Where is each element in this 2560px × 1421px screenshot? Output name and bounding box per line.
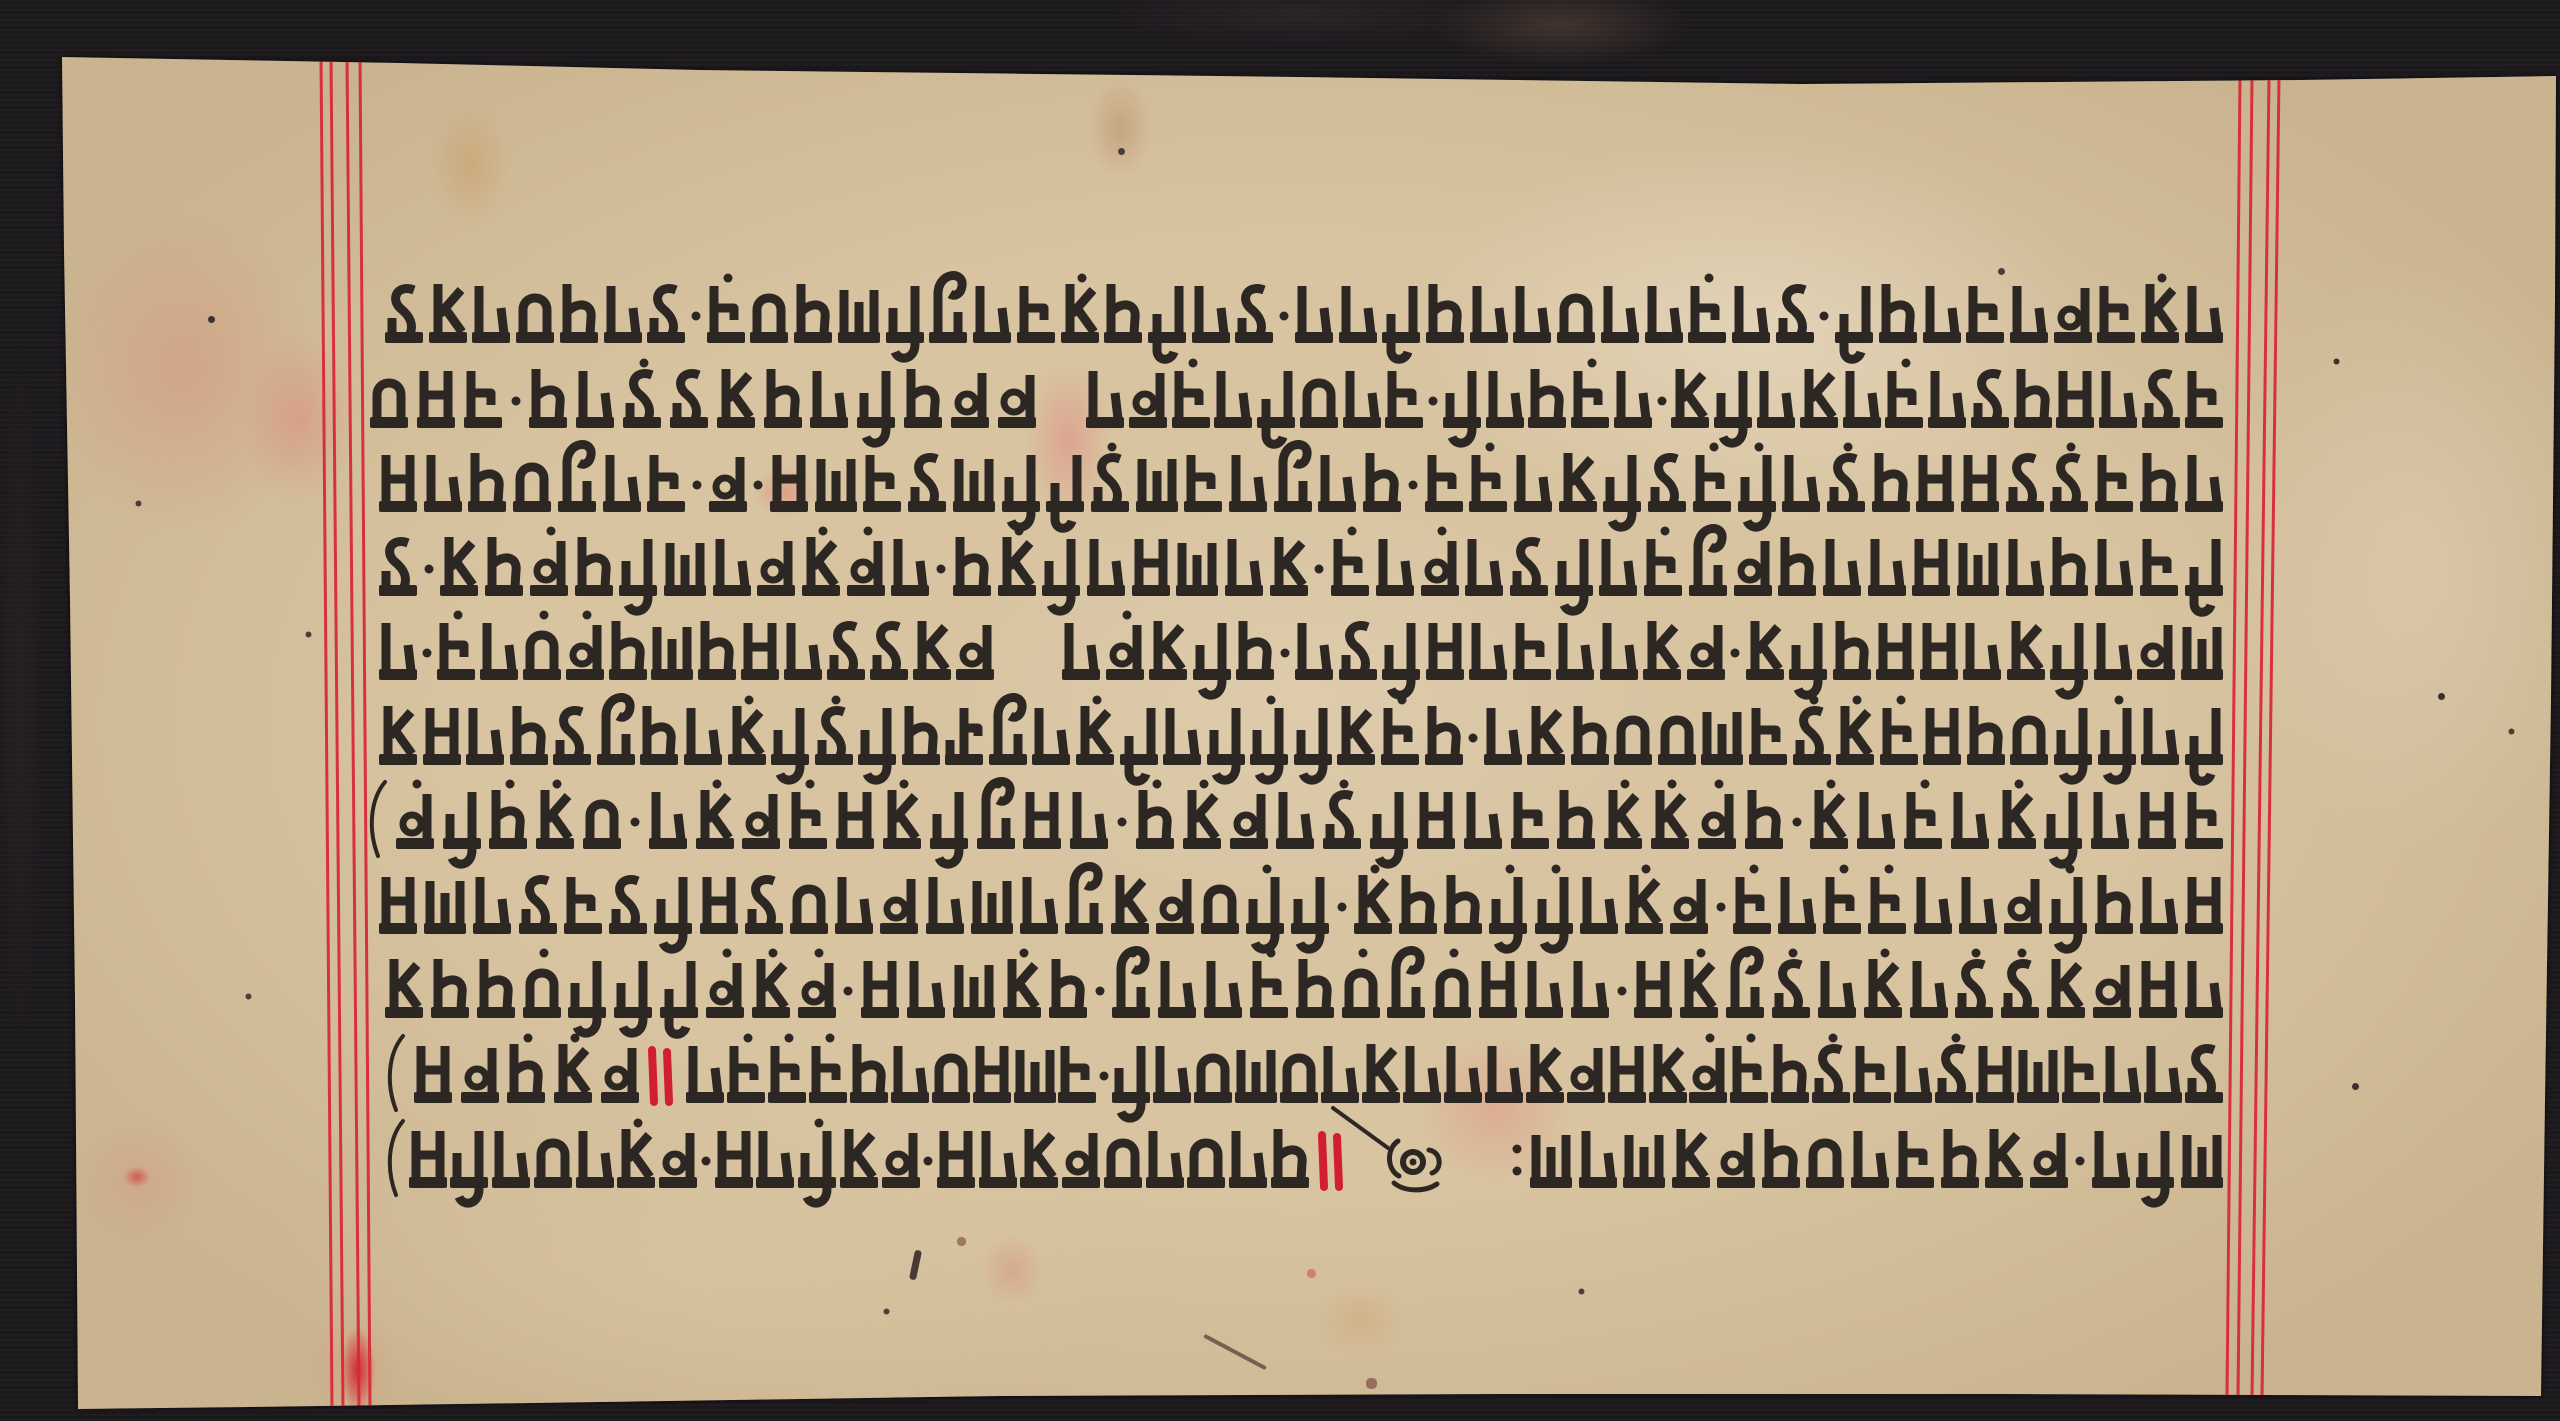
script-glyph bbox=[903, 353, 943, 449]
manuscript-folio-shadow bbox=[0, 0, 2560, 1421]
script-glyph bbox=[618, 521, 658, 617]
script-glyph bbox=[1842, 353, 1882, 449]
script-glyph bbox=[1295, 943, 1335, 1039]
script-glyph bbox=[1228, 437, 1268, 533]
script-glyph bbox=[2135, 1113, 2175, 1209]
script-glyph bbox=[1182, 774, 1222, 870]
script-glyph bbox=[1613, 353, 1653, 449]
script-glyph bbox=[944, 690, 984, 786]
script-glyph bbox=[2184, 943, 2224, 1039]
script-glyph bbox=[2006, 605, 2046, 701]
script-glyph bbox=[972, 1028, 1012, 1124]
script-glyph bbox=[1229, 774, 1269, 870]
script-glyph bbox=[1478, 943, 1518, 1039]
script-glyph bbox=[2053, 690, 2093, 786]
script-glyph bbox=[1603, 774, 1643, 870]
script-glyph bbox=[1064, 859, 1104, 955]
script-glyph bbox=[1697, 774, 1737, 870]
script-glyph bbox=[535, 774, 575, 870]
script-glyph bbox=[1119, 690, 1159, 786]
script-glyph bbox=[1234, 268, 1274, 364]
text-line-3 bbox=[0, 437, 2560, 533]
script-glyph bbox=[622, 353, 662, 449]
script-glyph bbox=[1770, 1028, 1810, 1124]
script-glyph bbox=[574, 521, 614, 617]
script-glyph bbox=[1381, 605, 1421, 701]
script-glyph bbox=[695, 774, 735, 870]
script-glyph bbox=[846, 521, 886, 617]
script-glyph bbox=[1353, 859, 1393, 955]
script-glyph bbox=[842, 943, 854, 1039]
script-glyph bbox=[2049, 605, 2089, 701]
script-glyph bbox=[1375, 521, 1415, 617]
script-glyph bbox=[1424, 437, 1464, 533]
script-glyph bbox=[1045, 437, 1085, 533]
script-glyph bbox=[1613, 690, 1653, 786]
script-glyph bbox=[1922, 268, 1962, 364]
script-glyph bbox=[1224, 521, 1264, 617]
script-glyph bbox=[997, 353, 1037, 449]
script-glyph bbox=[834, 859, 874, 955]
script-glyph bbox=[1713, 353, 1753, 449]
script-glyph bbox=[683, 690, 723, 786]
script-glyph bbox=[2139, 437, 2179, 533]
script-glyph bbox=[929, 774, 969, 870]
script-glyph bbox=[1809, 774, 1849, 870]
script-glyph bbox=[1962, 605, 2002, 701]
script-glyph bbox=[528, 353, 568, 449]
script-glyph bbox=[384, 1028, 406, 1124]
script-glyph bbox=[2184, 268, 2224, 364]
script-glyph bbox=[416, 353, 456, 449]
script-glyph bbox=[1322, 774, 1362, 870]
line-3-segment-1 bbox=[378, 437, 2224, 533]
script-glyph bbox=[629, 774, 641, 870]
script-glyph bbox=[1031, 690, 1071, 786]
line-9-segment-1 bbox=[384, 943, 2224, 1039]
script-glyph bbox=[1781, 437, 1821, 533]
text-line-5 bbox=[0, 605, 2560, 701]
script-glyph bbox=[653, 859, 693, 955]
script-glyph bbox=[650, 605, 694, 701]
red-double-danda-glyph bbox=[643, 1028, 677, 1124]
script-glyph bbox=[1832, 605, 1872, 701]
script-glyph bbox=[1878, 268, 1918, 364]
script-glyph bbox=[2009, 268, 2049, 364]
script-glyph bbox=[2094, 521, 2134, 617]
script-glyph bbox=[2138, 943, 2178, 1039]
script-glyph bbox=[1162, 690, 1202, 786]
script-glyph bbox=[1526, 690, 1566, 786]
paper-speckles bbox=[0, 0, 3, 3]
script-glyph bbox=[1863, 943, 1903, 1039]
script-glyph bbox=[1416, 774, 1456, 870]
script-glyph bbox=[1761, 1113, 1801, 1209]
script-glyph bbox=[890, 1028, 930, 1124]
script-glyph bbox=[366, 774, 388, 870]
script-glyph bbox=[1086, 521, 1126, 617]
script-glyph bbox=[1313, 521, 1325, 617]
script-glyph bbox=[2184, 1028, 2224, 1124]
script-glyph bbox=[1570, 690, 1610, 786]
script-glyph bbox=[1183, 437, 1223, 533]
script-glyph bbox=[2136, 605, 2176, 701]
script-glyph bbox=[509, 690, 549, 786]
script-glyph bbox=[752, 437, 764, 533]
script-glyph bbox=[613, 943, 653, 1039]
manuscript-folio bbox=[0, 0, 2560, 1421]
script-glyph bbox=[1826, 437, 1866, 533]
script-glyph bbox=[970, 859, 1014, 955]
script-glyph bbox=[1273, 437, 1313, 533]
script-glyph bbox=[1950, 774, 1990, 870]
script-glyph bbox=[1299, 353, 1339, 449]
script-glyph bbox=[471, 268, 511, 364]
script-glyph bbox=[512, 437, 552, 533]
script-glyph bbox=[515, 268, 555, 364]
script-glyph bbox=[901, 690, 941, 786]
script-glyph bbox=[1966, 690, 2006, 786]
script-glyph bbox=[1369, 774, 1409, 870]
script-glyph bbox=[1607, 1028, 1647, 1124]
script-glyph bbox=[1556, 268, 1596, 364]
script-glyph bbox=[1958, 859, 1998, 955]
script-glyph bbox=[608, 605, 648, 701]
script-glyph bbox=[700, 1113, 712, 1209]
text-line-10 bbox=[0, 1028, 2560, 1124]
script-glyph bbox=[976, 774, 1016, 870]
script-glyph bbox=[2029, 1113, 2069, 1209]
script-glyph bbox=[1317, 437, 1357, 533]
script-glyph bbox=[1700, 690, 1744, 786]
script-glyph bbox=[1984, 1113, 2024, 1209]
script-glyph bbox=[1856, 774, 1896, 870]
script-glyph bbox=[1463, 774, 1503, 870]
script-glyph bbox=[1057, 1028, 1097, 1124]
script-glyph bbox=[1330, 521, 1370, 617]
script-glyph bbox=[2184, 774, 2224, 870]
script-glyph bbox=[2055, 353, 2095, 449]
script-glyph bbox=[422, 690, 462, 786]
script-glyph bbox=[1022, 774, 1062, 870]
script-glyph bbox=[1191, 268, 1231, 364]
script-glyph bbox=[1469, 268, 1509, 364]
script-glyph bbox=[1186, 1113, 1226, 1209]
script-glyph bbox=[378, 859, 418, 955]
script-glyph bbox=[1729, 1028, 1769, 1124]
text-line-9 bbox=[0, 943, 2560, 1039]
script-glyph bbox=[472, 859, 512, 955]
script-glyph bbox=[1922, 690, 1962, 786]
script-glyph bbox=[1954, 943, 1994, 1039]
script-glyph bbox=[369, 353, 409, 449]
script-glyph bbox=[1279, 605, 1291, 701]
script-glyph bbox=[1893, 1028, 1933, 1124]
script-glyph bbox=[788, 774, 828, 870]
script-glyph bbox=[952, 521, 992, 617]
script-glyph bbox=[741, 774, 781, 870]
script-glyph bbox=[442, 774, 482, 870]
script-glyph bbox=[1256, 353, 1296, 449]
script-glyph bbox=[922, 1113, 934, 1209]
script-glyph bbox=[1060, 268, 1100, 364]
red-double-danda bbox=[643, 1028, 677, 1124]
script-glyph bbox=[553, 1028, 593, 1124]
script-glyph bbox=[705, 943, 745, 1039]
script-glyph bbox=[1468, 437, 1508, 533]
script-glyph bbox=[1443, 859, 1483, 955]
script-glyph bbox=[1234, 1028, 1278, 1124]
script-glyph bbox=[690, 268, 702, 364]
script-glyph bbox=[1909, 943, 1949, 1039]
script-glyph bbox=[2049, 437, 2089, 533]
script-glyph bbox=[378, 437, 418, 533]
script-glyph bbox=[2102, 1028, 2142, 1124]
script-glyph bbox=[1048, 943, 1088, 1039]
script-glyph bbox=[1016, 268, 1056, 364]
line-2-segment-2 bbox=[1085, 353, 2224, 449]
script-glyph bbox=[1777, 859, 1817, 955]
script-glyph bbox=[1650, 774, 1690, 870]
script-glyph bbox=[1566, 1028, 1606, 1124]
script-glyph bbox=[1116, 774, 1128, 870]
script-glyph bbox=[1013, 1028, 1057, 1124]
script-glyph bbox=[1527, 353, 1567, 449]
script-glyph bbox=[1895, 1113, 1935, 1209]
script-glyph bbox=[2096, 268, 2136, 364]
script-glyph bbox=[1206, 690, 1246, 786]
script-glyph bbox=[749, 268, 789, 364]
script-glyph bbox=[1745, 605, 1785, 701]
script-glyph bbox=[2094, 859, 2134, 955]
text-line-1 bbox=[0, 268, 2560, 364]
script-glyph bbox=[706, 268, 746, 364]
script-glyph bbox=[740, 605, 780, 701]
script-glyph bbox=[378, 690, 418, 786]
script-glyph bbox=[1245, 859, 1285, 955]
script-glyph bbox=[2053, 268, 2093, 364]
script-glyph bbox=[1484, 1028, 1524, 1124]
line-11-segment-1 bbox=[384, 1113, 1310, 1209]
text-line-7 bbox=[0, 774, 2560, 870]
script-glyph bbox=[436, 605, 476, 701]
script-glyph bbox=[663, 521, 707, 617]
script-glyph bbox=[1110, 859, 1150, 955]
script-glyph bbox=[1997, 774, 2037, 870]
script-glyph bbox=[1867, 521, 1907, 617]
script-glyph bbox=[2098, 353, 2138, 449]
script-glyph bbox=[727, 690, 767, 786]
script-glyph bbox=[1427, 353, 1439, 449]
script-glyph bbox=[1671, 1113, 1711, 1209]
script-glyph bbox=[906, 943, 946, 1039]
script-glyph bbox=[1094, 943, 1106, 1039]
script-glyph bbox=[2140, 268, 2180, 364]
script-glyph bbox=[2184, 521, 2224, 617]
script-glyph bbox=[1275, 774, 1315, 870]
script-glyph bbox=[1679, 943, 1719, 1039]
script-glyph bbox=[2094, 437, 2134, 533]
script-glyph bbox=[1788, 605, 1828, 701]
script-glyph bbox=[510, 353, 522, 449]
script-glyph bbox=[1599, 605, 1639, 701]
script-glyph bbox=[1175, 521, 1219, 617]
script-glyph bbox=[699, 859, 739, 955]
script-glyph bbox=[1488, 859, 1528, 955]
script-glyph bbox=[1956, 521, 2000, 617]
script-glyph bbox=[1513, 437, 1553, 533]
line-5-segment-2 bbox=[1061, 605, 2224, 701]
script-glyph bbox=[1228, 1113, 1268, 1209]
script-glyph bbox=[1670, 353, 1710, 449]
script-glyph bbox=[557, 437, 597, 533]
script-glyph bbox=[751, 943, 791, 1039]
script-glyph bbox=[814, 690, 854, 786]
script-glyph bbox=[2046, 943, 2086, 1039]
script-glyph bbox=[1852, 1028, 1892, 1124]
script-glyph bbox=[1270, 1113, 1310, 1209]
red-double-danda bbox=[1313, 1113, 1347, 1209]
script-glyph bbox=[1602, 437, 1642, 533]
script-glyph bbox=[449, 1113, 489, 1209]
script-glyph bbox=[384, 1113, 406, 1209]
script-glyph bbox=[518, 859, 558, 955]
script-glyph bbox=[1624, 859, 1664, 955]
script-glyph bbox=[476, 943, 516, 1039]
script-glyph bbox=[659, 943, 699, 1039]
script-glyph bbox=[430, 943, 470, 1039]
script-glyph bbox=[849, 1028, 889, 1124]
script-glyph bbox=[1656, 353, 1668, 449]
script-glyph bbox=[1041, 521, 1081, 617]
script-glyph bbox=[2003, 859, 2043, 955]
script-glyph bbox=[1069, 774, 1109, 870]
script-glyph bbox=[726, 1028, 766, 1124]
script-glyph bbox=[1850, 1113, 1890, 1209]
script-glyph bbox=[1336, 690, 1376, 786]
script-glyph bbox=[952, 943, 996, 1039]
script-glyph bbox=[1442, 353, 1482, 449]
script-glyph bbox=[616, 1113, 656, 1209]
script-glyph bbox=[1554, 521, 1594, 617]
script-glyph bbox=[797, 1113, 837, 1209]
script-glyph bbox=[1884, 353, 1924, 449]
script-glyph bbox=[1534, 859, 1574, 955]
script-glyph bbox=[1075, 690, 1115, 786]
script-glyph bbox=[1940, 1113, 1980, 1209]
script-glyph bbox=[783, 605, 823, 701]
script-glyph bbox=[1529, 1113, 1573, 1209]
script-glyph bbox=[1834, 268, 1874, 364]
script-glyph bbox=[997, 521, 1037, 617]
text-line-2 bbox=[0, 353, 2560, 449]
script-glyph bbox=[1135, 774, 1175, 870]
script-glyph bbox=[2137, 774, 2177, 870]
script-glyph bbox=[1692, 437, 1732, 533]
script-glyph bbox=[1420, 521, 1460, 617]
script-glyph bbox=[552, 690, 592, 786]
script-glyph bbox=[596, 690, 636, 786]
script-glyph bbox=[559, 268, 599, 364]
script-glyph bbox=[1200, 859, 1240, 955]
script-glyph bbox=[1871, 437, 1911, 533]
script-glyph bbox=[2092, 943, 2132, 1039]
line-11-segment-2 bbox=[1510, 1113, 2224, 1209]
script-glyph bbox=[1111, 943, 1151, 1039]
script-glyph bbox=[1235, 605, 1275, 701]
script-glyph bbox=[2143, 1028, 2183, 1124]
script-glyph bbox=[2184, 437, 2224, 533]
line-4-segment-1 bbox=[378, 521, 2224, 617]
script-glyph bbox=[646, 268, 686, 364]
script-glyph bbox=[1657, 690, 1697, 786]
script-glyph bbox=[1510, 1113, 1524, 1209]
script-glyph bbox=[1792, 690, 1832, 786]
script-glyph bbox=[1468, 605, 1508, 701]
script-glyph bbox=[1103, 1113, 1143, 1209]
script-glyph bbox=[1715, 859, 1727, 955]
script-glyph bbox=[2061, 1028, 2101, 1124]
script-glyph bbox=[1342, 353, 1382, 449]
script-glyph bbox=[408, 1113, 448, 1209]
script-glyph bbox=[1919, 605, 1959, 701]
script-glyph bbox=[1294, 605, 1334, 701]
script-glyph bbox=[533, 1113, 573, 1209]
script-glyph bbox=[421, 605, 433, 701]
script-glyph bbox=[1867, 859, 1907, 955]
script-glyph bbox=[1512, 605, 1552, 701]
script-glyph bbox=[2180, 1113, 2224, 1209]
script-glyph bbox=[1570, 943, 1610, 1039]
script-glyph bbox=[658, 1113, 698, 1209]
script-glyph bbox=[1960, 437, 2000, 533]
script-glyph bbox=[685, 1028, 725, 1124]
script-glyph bbox=[1338, 268, 1378, 364]
script-glyph bbox=[2139, 521, 2179, 617]
script-glyph bbox=[1875, 605, 1915, 701]
script-glyph bbox=[1320, 1028, 1360, 1124]
script-glyph bbox=[1155, 859, 1195, 955]
script-glyph bbox=[769, 437, 809, 533]
script-glyph bbox=[1799, 353, 1839, 449]
script-glyph bbox=[600, 1028, 640, 1124]
script-glyph bbox=[2049, 521, 2089, 617]
script-glyph bbox=[384, 943, 424, 1039]
script-glyph bbox=[1294, 268, 1334, 364]
script-glyph bbox=[639, 690, 679, 786]
script-glyph bbox=[378, 605, 418, 701]
script-glyph bbox=[1145, 1113, 1185, 1209]
script-glyph bbox=[1731, 268, 1771, 364]
script-glyph bbox=[1558, 437, 1598, 533]
script-glyph bbox=[2091, 1113, 2131, 1209]
script-glyph bbox=[1002, 943, 1042, 1039]
script-glyph bbox=[1729, 605, 1741, 701]
script-glyph bbox=[565, 605, 605, 701]
script-glyph bbox=[1467, 690, 1479, 786]
script-glyph bbox=[1934, 1028, 1974, 1124]
script-glyph bbox=[2140, 690, 2180, 786]
script-glyph bbox=[1791, 774, 1803, 870]
script-glyph bbox=[1811, 1028, 1851, 1124]
script-glyph bbox=[423, 521, 435, 617]
script-glyph bbox=[2093, 605, 2133, 701]
line-7-segment-1 bbox=[366, 774, 2224, 870]
script-glyph bbox=[575, 1113, 615, 1209]
script-glyph bbox=[1725, 943, 1765, 1039]
script-glyph bbox=[1398, 859, 1438, 955]
script-glyph bbox=[2141, 353, 2181, 449]
